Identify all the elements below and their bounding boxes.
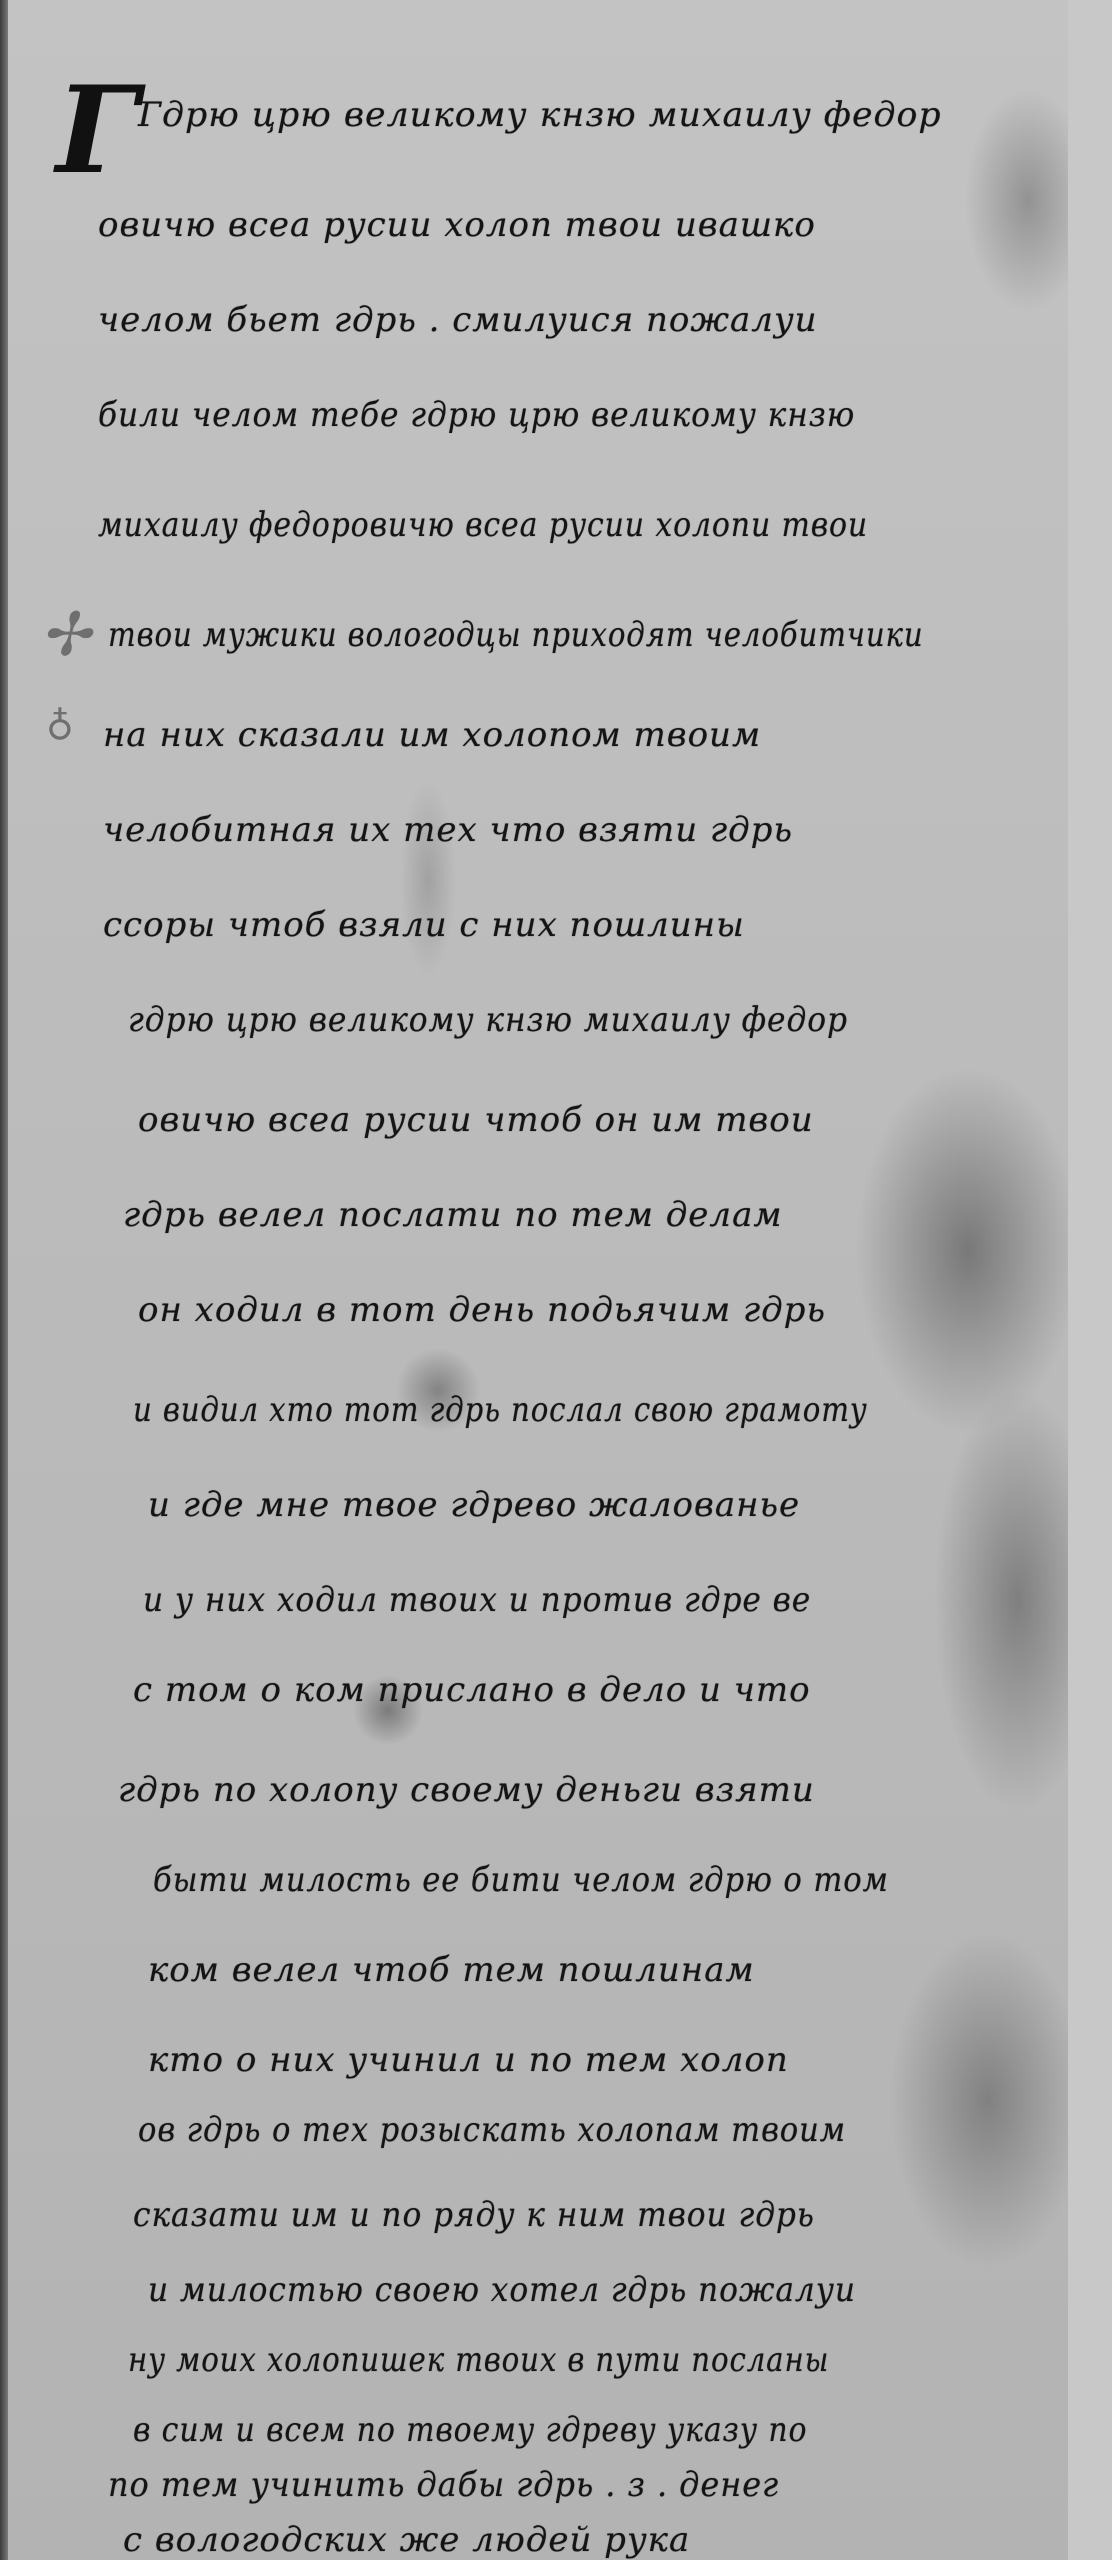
manuscript-line: с том о ком прислано в дело и что [133, 1670, 811, 1710]
manuscript-line: ов гдрь о тех розыскать холопам твоим [138, 2110, 846, 2150]
manuscript-line: гдрю црю великому кнзю михаилу федор [128, 1000, 848, 1040]
margin-cross-mark-icon: ✢ [40, 600, 90, 670]
manuscript-line: по тем учинить дабы гдрь . з . денег [108, 2465, 779, 2505]
manuscript-line: быти милость ее бити челом гдрю о том [153, 1860, 889, 1900]
manuscript-line: ссоры чтоб взяли с них пошлины [103, 905, 745, 945]
manuscript-line: Гдрю црю великому кнзю михаилу федор [138, 95, 942, 135]
scan-left-border [0, 0, 8, 2560]
manuscript-line: и видил хто тот гдрь послал свою грамоту [133, 1390, 868, 1430]
margin-marginalia-icon: ♁ [46, 700, 74, 744]
manuscript-line: челом бьет гдрь . смилуися пожалуи [98, 300, 818, 340]
paper-sheet: ✢ ♁ Г Гдрю црю великому кнзю михаилу фед… [8, 0, 1068, 2560]
manuscript-line: и милостью своею хотел гдрь пожалуи [148, 2270, 856, 2310]
manuscript-line: овичю всеа русии холоп твои ивашко [98, 205, 816, 245]
manuscript-line: ну моих холопишек твоих в пути посланы [128, 2340, 829, 2380]
manuscript-line: кто о них учинил и по тем холоп [148, 2040, 789, 2080]
manuscript-line: ком велел чтоб тем пошлинам [148, 1950, 755, 1990]
manuscript-line: гдрь по холопу своему деньги взяти [118, 1770, 815, 1810]
manuscript-line: на них сказали им холопом твоим [103, 715, 761, 755]
manuscript-line: челобитная их тех что взяти гдрь [103, 810, 793, 850]
decorated-initial: Г [56, 60, 139, 201]
manuscript-line: овичю всеа русии чтоб он им твои [138, 1100, 814, 1140]
manuscript-scan: ✢ ♁ Г Гдрю црю великому кнзю михаилу фед… [0, 0, 1112, 2560]
manuscript-line: и где мне твое гдрево жалованье [148, 1485, 800, 1525]
manuscript-line: и у них ходил твоих и против гдре ве [143, 1580, 811, 1620]
manuscript-line: гдрь велел послати по тем делам [123, 1195, 783, 1235]
manuscript-line: с вологодских же людей рука [123, 2520, 690, 2560]
manuscript-line: михаилу федоровичю всеа русии холопи тво… [98, 505, 868, 545]
manuscript-line: в сим и всем по твоему гдреву указу по [133, 2410, 807, 2450]
manuscript-line: били челом тебе гдрю црю великому кнзю [98, 395, 855, 435]
manuscript-line: твои мужики вологодцы приходят челобитчи… [108, 615, 924, 655]
manuscript-line: он ходил в тот день подьячим гдрь [138, 1290, 826, 1330]
manuscript-line: сказати им и по ряду к ним твои гдрь [133, 2195, 815, 2235]
